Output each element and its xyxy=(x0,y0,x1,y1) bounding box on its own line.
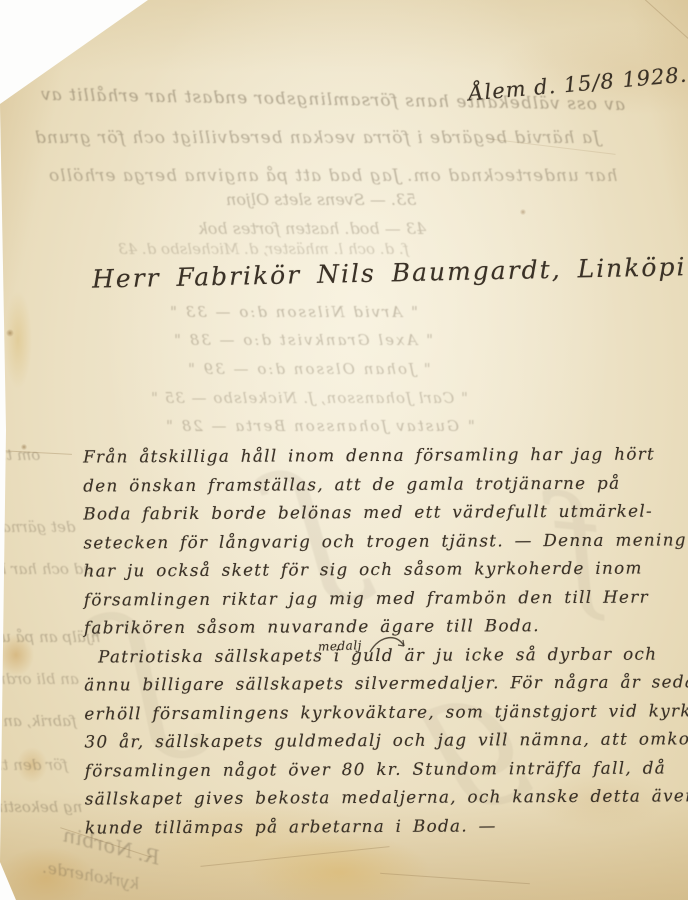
letter-date: Ålem d. 15/8 1928. xyxy=(467,62,688,105)
body-line: Från åtskilliga håll inom denna församli… xyxy=(83,439,661,471)
body-line: församlingen något över 80 kr. Stundom i… xyxy=(85,753,663,785)
recipient-line: Herr Fabrikör Nils Baumgardt, Linköping xyxy=(92,251,688,293)
body-line: setecken för långvarig och trogen tjänst… xyxy=(83,525,661,557)
scanned-letter: av oss välbekante hans församlingsbor en… xyxy=(0,0,688,900)
paper-sheet: av oss välbekante hans församlingsbor en… xyxy=(0,0,688,900)
body-line: 30 år, sällskapets guldmedalj och jag vi… xyxy=(84,724,662,756)
body-line: har ju också skett för sig och såsom kyr… xyxy=(84,553,662,585)
body-line: ännu billigare sällskapets silvermedalje… xyxy=(84,667,662,699)
body-line: sällskapet gives bekosta medaljerna, och… xyxy=(85,781,663,813)
insertion-caret-mark xyxy=(368,632,410,658)
body-line: erhöll församlingens kyrkoväktare, som t… xyxy=(84,696,662,728)
body-line: kunde tillämpas på arbetarna i Boda. — xyxy=(85,810,663,842)
inserted-word: medalj xyxy=(318,638,362,654)
handwritten-ink-layer: Ålem d. 15/8 1928. Herr Fabrikör Nils Ba… xyxy=(0,0,688,900)
body-line: Boda fabrik borde belönas med ett värdef… xyxy=(83,496,661,528)
body-line: församlingen riktar jag mig med frambön … xyxy=(84,582,662,614)
body-line: den önskan framställas, att de gamla tro… xyxy=(83,468,661,500)
